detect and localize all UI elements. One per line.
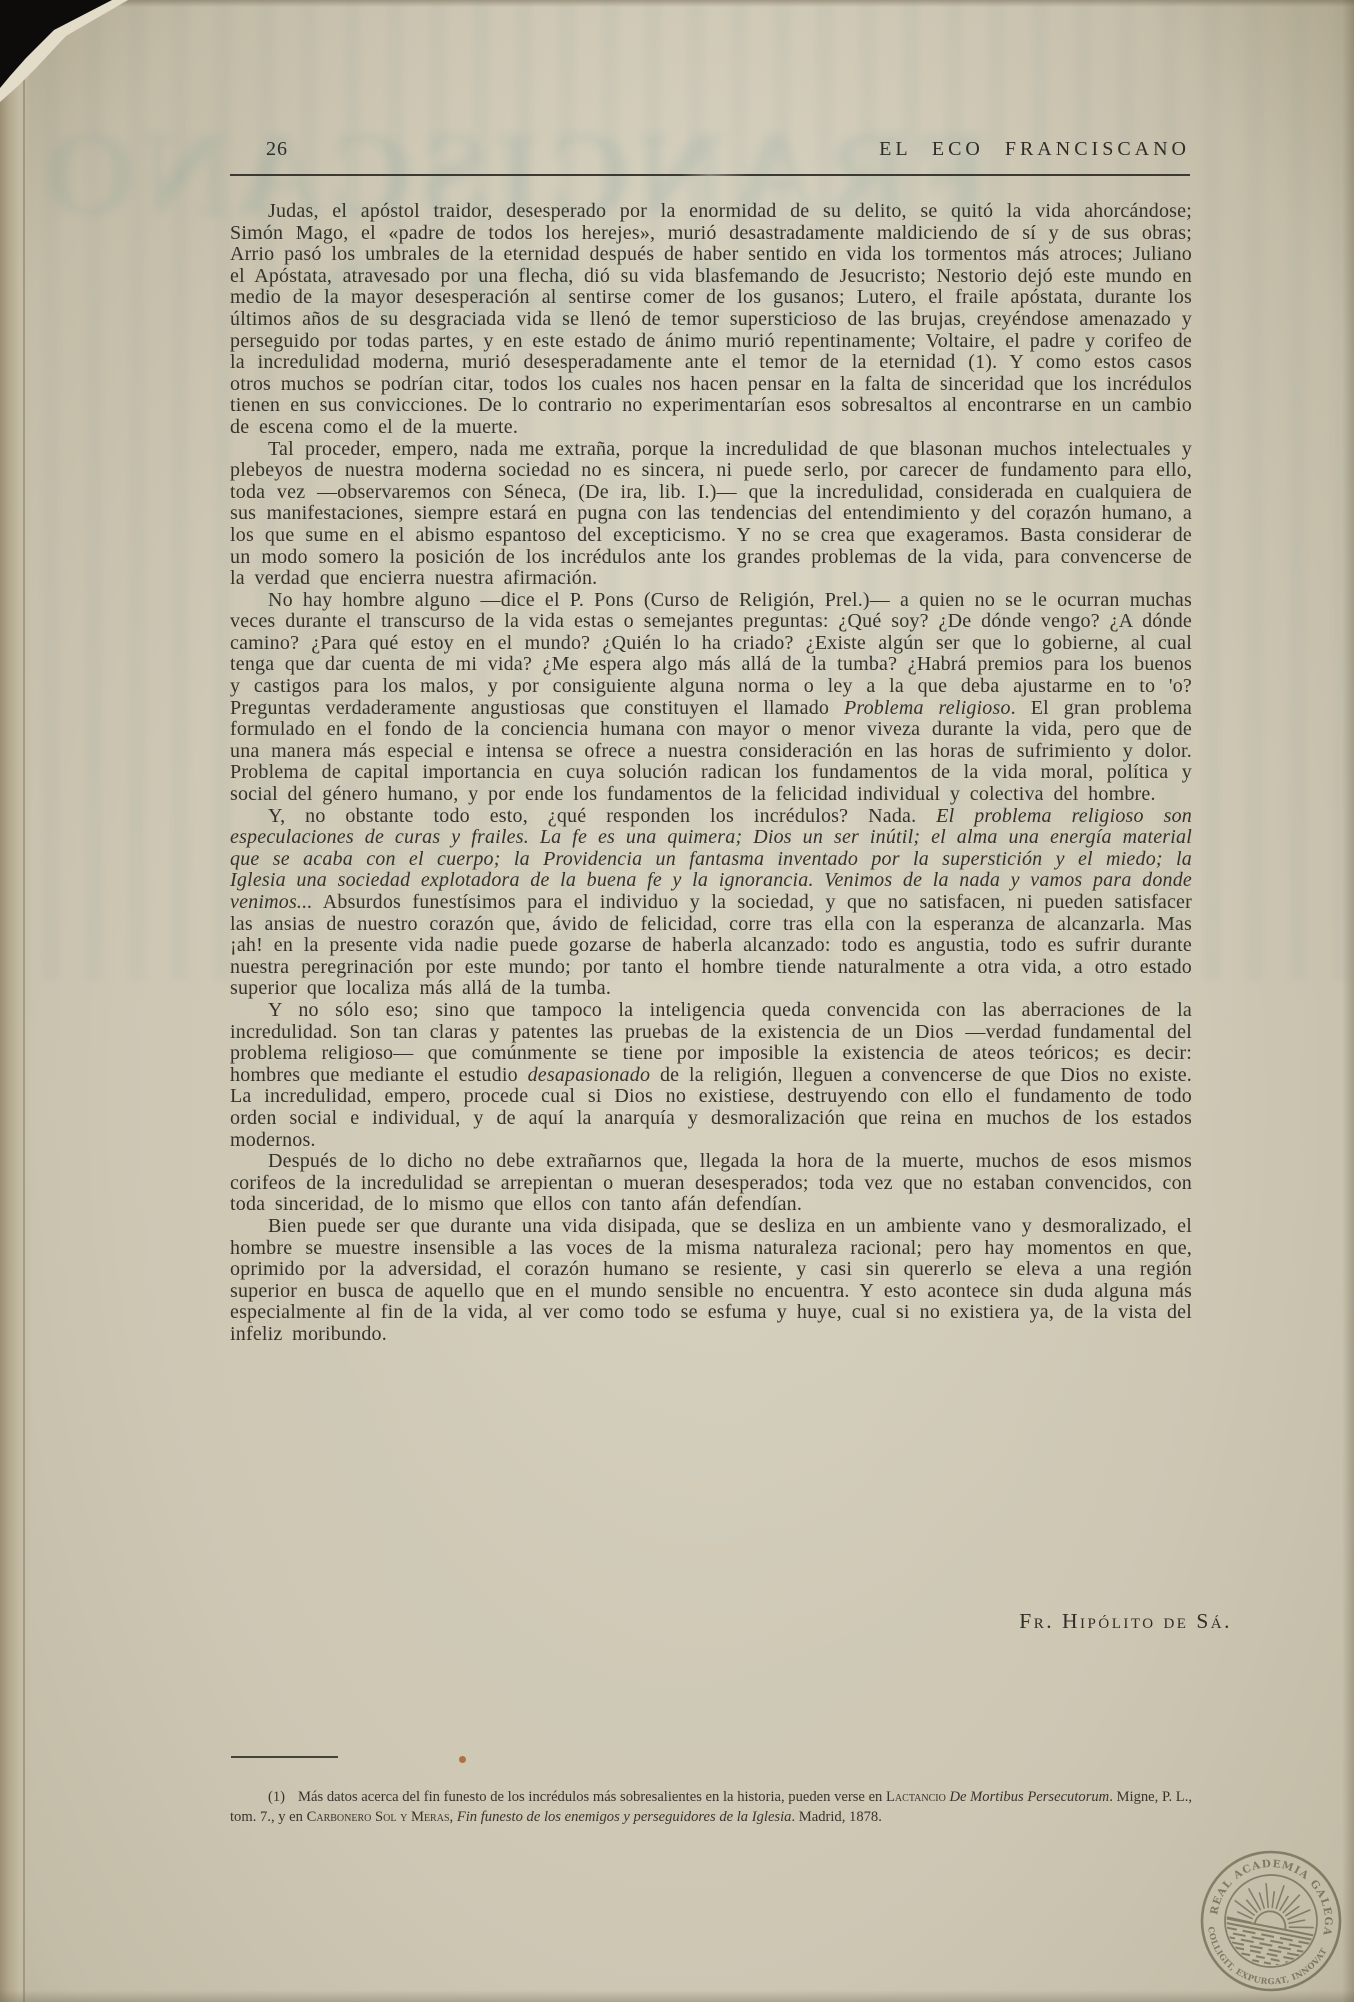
text-segment: Después de lo dicho no debe extrañarnos …: [230, 1150, 1192, 1215]
paragraph-3: No hay hombre alguno —dice el P. Pons (C…: [230, 590, 1192, 806]
page-number: 26: [266, 138, 288, 161]
text-segment: ,: [450, 1809, 457, 1825]
page-left-edge: [0, 0, 32, 2002]
paragraph-1: Judas, el apóstol traidor, desesperado p…: [230, 201, 1192, 439]
text-segment: Más datos acerca del fin funesto de los …: [298, 1789, 886, 1805]
text-segment: Tal proceder, empero, nada me extraña, p…: [230, 438, 1192, 590]
text-segment-italic: Problema religioso: [844, 697, 1011, 719]
text-segment: Absurdos funestísimos para el individuo …: [230, 891, 1192, 999]
author-signature: Fr. Hipólito de Sá.: [1019, 1609, 1232, 1634]
paper-speck: [1046, 517, 1050, 521]
paragraph-6: Después de lo dicho no debe extrañarnos …: [230, 1151, 1192, 1216]
text-segment: Bien puede ser que durante una vida disi…: [230, 1215, 1192, 1345]
footnote: (1)Más datos acerca del fin funesto de l…: [230, 1788, 1192, 1827]
scanned-page: FRANCISCANO EL ECO 26 EL ECO FRANCISCANO…: [0, 0, 1354, 2002]
text-segment-italic: De Mortibus Persecutorum: [949, 1789, 1109, 1805]
page-right-edge: [1342, 0, 1354, 2002]
footnote-marker: (1): [268, 1789, 285, 1805]
journal-title: EL ECO FRANCISCANO: [879, 138, 1190, 161]
text-segment-italic: Fin funesto de los enemigos y perseguido…: [457, 1809, 792, 1825]
paragraph-2: Tal proceder, empero, nada me extraña, p…: [230, 439, 1192, 590]
running-head: 26 EL ECO FRANCISCANO: [230, 138, 1190, 166]
paper-speck: [459, 1756, 466, 1763]
text-segment: . Madrid, 1878.: [791, 1809, 881, 1825]
article-body: Judas, el apóstol traidor, desesperado p…: [230, 201, 1192, 1345]
text-segment-italic: desapasionado: [528, 1064, 651, 1086]
library-stamp: REAL ACADEMIA GALEGA COLLIGIT, EXPURGAT,…: [1185, 1835, 1354, 2002]
text-segment-smallcaps: Lactancio: [886, 1789, 946, 1805]
header-rule: [230, 174, 1190, 176]
paragraph-7: Bien puede ser que durante una vida disi…: [230, 1216, 1192, 1346]
paragraph-4: Y, no obstante todo esto, ¿qué responden…: [230, 806, 1192, 1000]
page-top-edge: [0, 0, 1354, 7]
text-segment-smallcaps: Carbonero Sol y Meras: [307, 1809, 450, 1825]
paragraph-5: Y no sólo eso; sino que tampoco la intel…: [230, 1000, 1192, 1151]
text-segment: Judas, el apóstol traidor, desesperado p…: [230, 200, 1192, 438]
footnote-rule: [231, 1756, 338, 1758]
page-bottom-edge: [0, 1990, 1354, 2002]
text-segment: Y, no obstante todo esto, ¿qué responden…: [268, 805, 936, 827]
paper-speck: [332, 1208, 335, 1211]
